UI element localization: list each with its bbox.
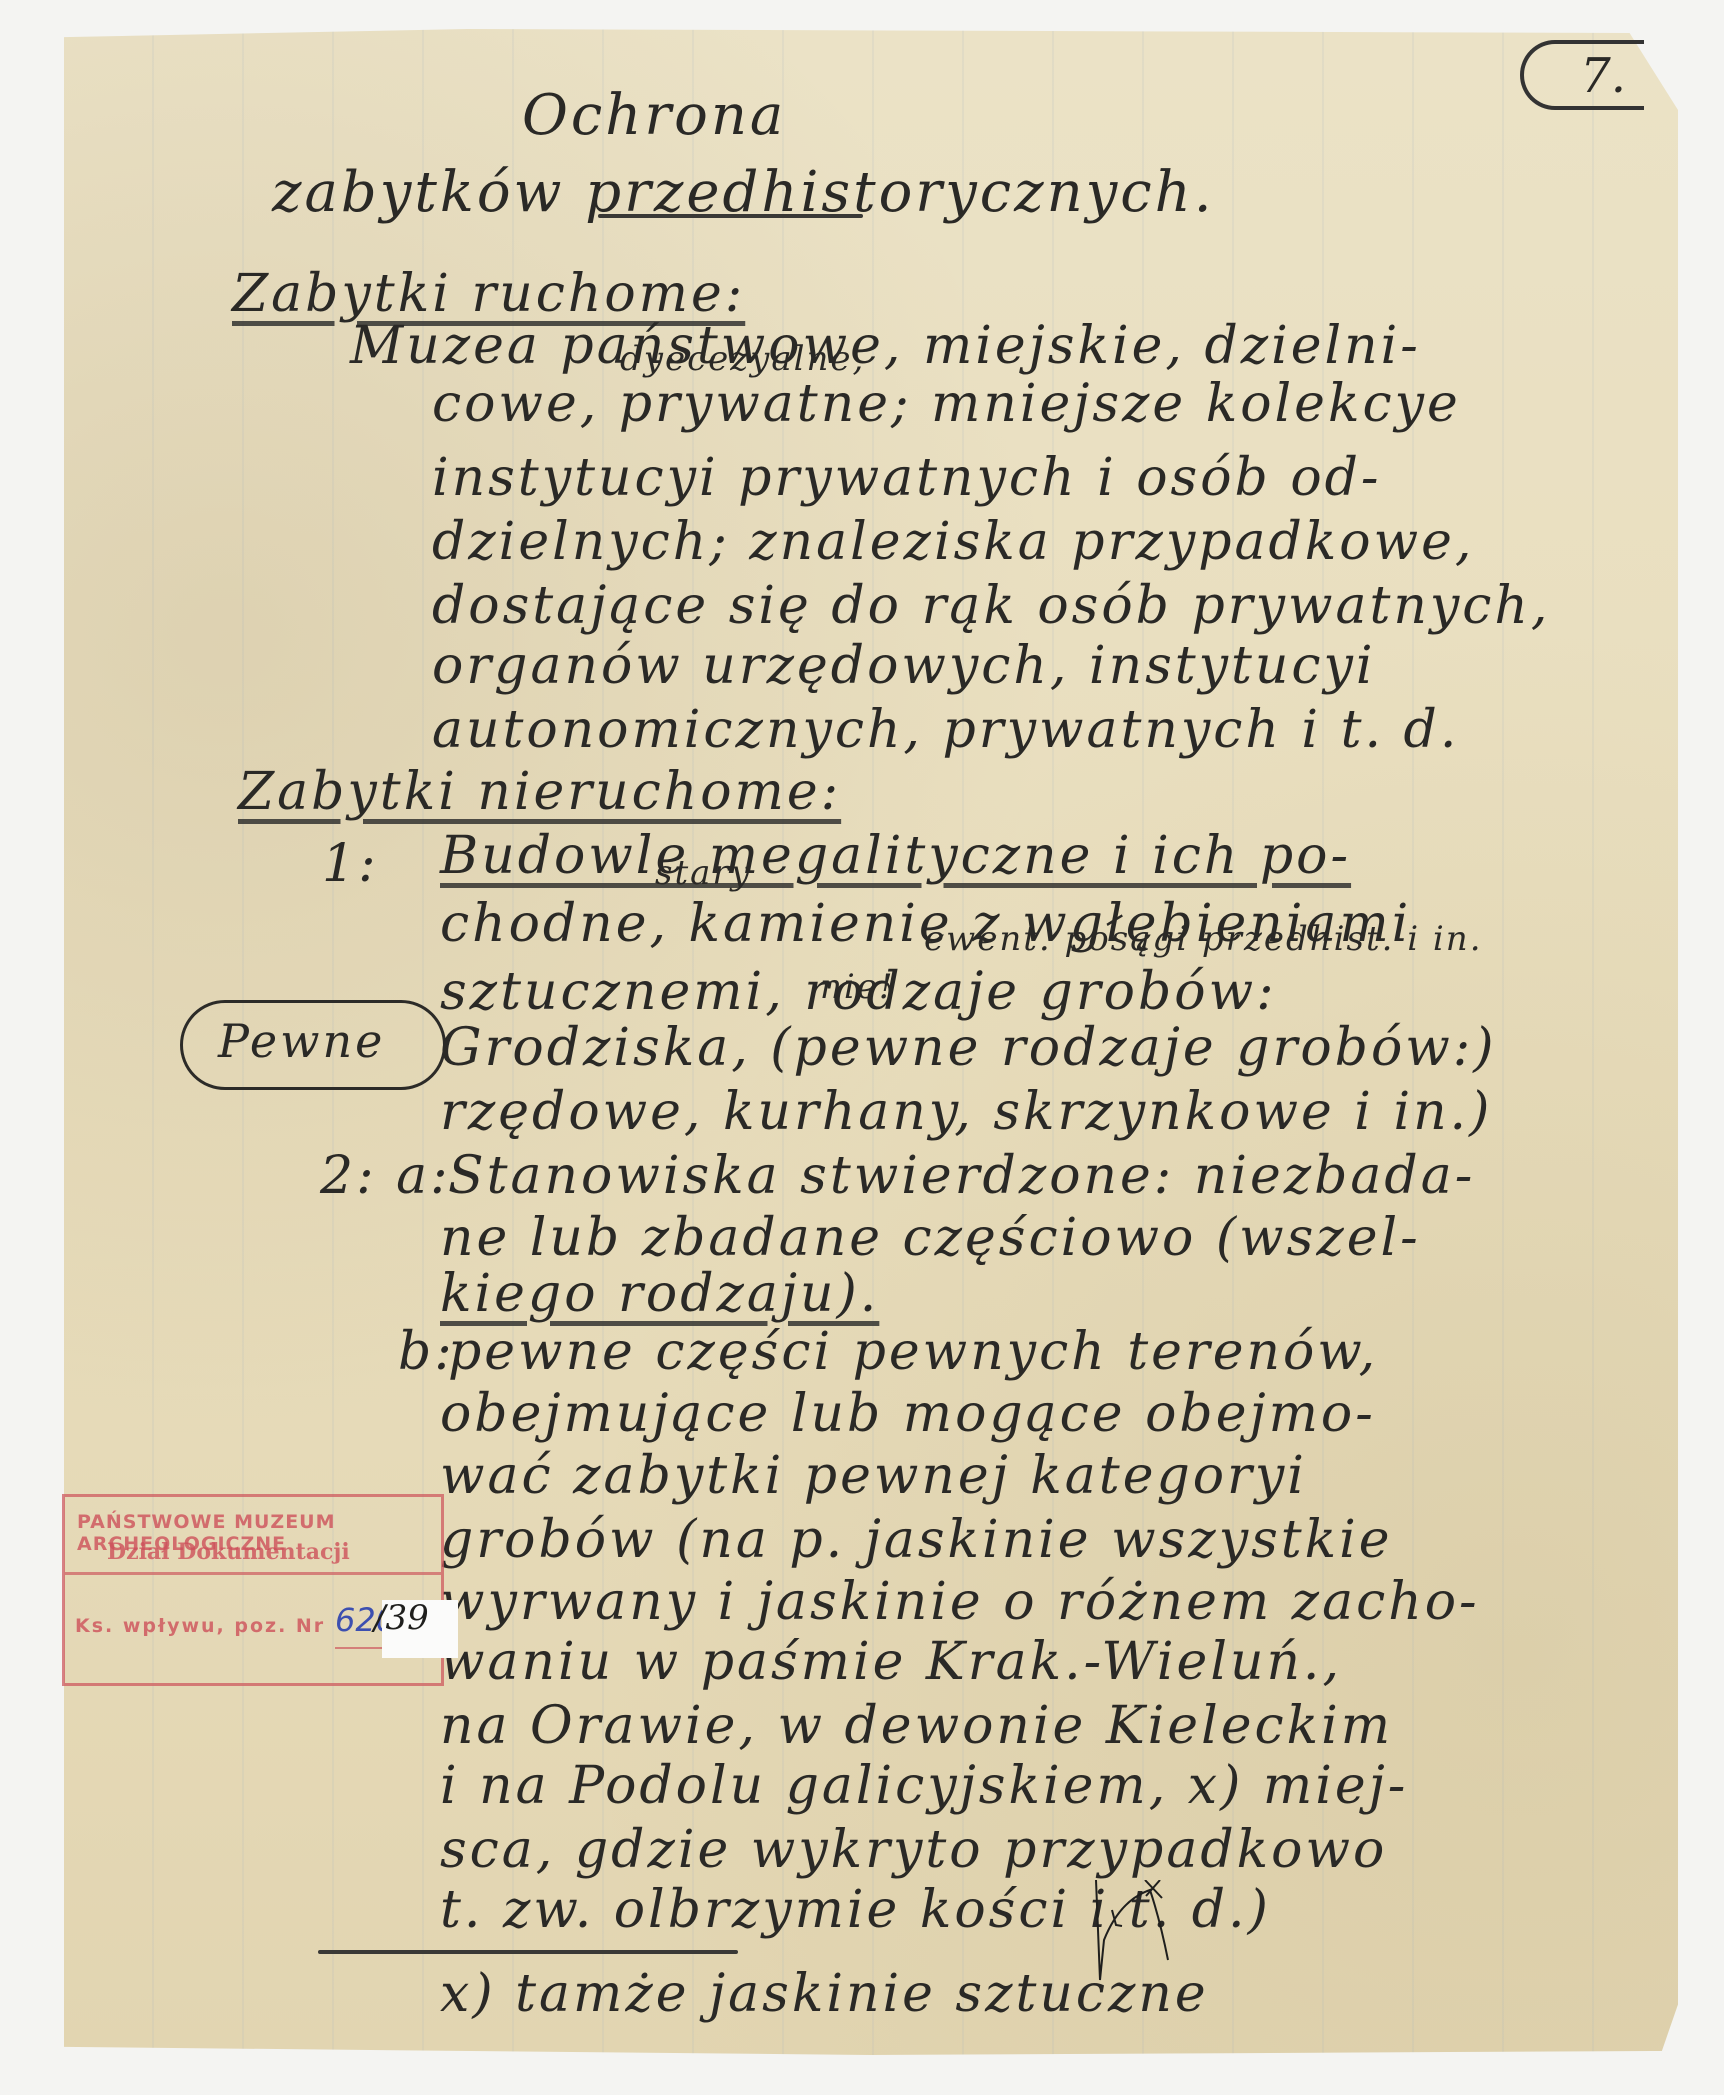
text-line: ne lub zbadane częściowo (wszel- <box>440 1212 1421 1264</box>
text-line: wyrwany i jaskinie o różnem zacho- <box>440 1576 1480 1628</box>
stamp-separator <box>65 1572 441 1575</box>
page-number-circle: 7. <box>1520 40 1644 110</box>
text-line: organów urzędowych, instytucyi <box>432 640 1376 692</box>
text-line: grobów (na p. jaskinie wszystkie <box>440 1514 1393 1566</box>
text-line: kiego rodzaju). <box>440 1268 879 1320</box>
section-heading-immovable: Zabytki nieruchome: <box>238 766 841 818</box>
text-line: i na Podolu galicyjskiem, x) miej- <box>440 1760 1408 1812</box>
insertion-stary: stary <box>655 856 752 890</box>
text-line: pewne części pewnych terenów, <box>448 1326 1378 1378</box>
item-marker: 1: <box>322 838 379 890</box>
text-line: autonomicznych, prywatnych i t. d. <box>432 704 1459 756</box>
text-line: Budowle megalityczne i ich po- <box>440 830 1351 882</box>
signature-mark <box>1090 1880 1240 2025</box>
text-line: sca, gdzie wykryto przypadkowo <box>440 1824 1387 1876</box>
stamp-department: Dział Dokumentacji <box>107 1539 350 1565</box>
text-line: Grodziska, (pewne rodzaje grobów:) <box>440 1022 1497 1074</box>
footnote-divider <box>318 1950 738 1954</box>
margin-note-pewne: Pewne <box>218 1018 385 1064</box>
stamp-register-label: Ks. wpływu, poz. Nr <box>75 1615 325 1637</box>
insertion-ewent: ewent. posągi przedhist. i in. <box>924 922 1483 956</box>
page-number: 7. <box>1580 48 1626 104</box>
title-line-1: Ochrona <box>522 88 786 144</box>
text-line: rzędowe, kurhany, skrzynkowe i in.) <box>440 1086 1492 1138</box>
item-marker: 2: a: <box>320 1150 451 1202</box>
text-line: Muzea państwowe, miejskie, dzielni- <box>350 320 1421 372</box>
item-marker: b: <box>398 1326 455 1378</box>
text-line: Stanowiska stwierdzone: niezbada- <box>448 1150 1475 1202</box>
title-divider <box>598 214 863 218</box>
text-line: na Orawie, w dewonie Kieleckim <box>440 1700 1393 1752</box>
stamp-register-suffix: /39 <box>374 1598 429 1638</box>
text-line: cowe, prywatne; mniejsze kolekcye <box>432 378 1461 430</box>
text-line: instytucyi prywatnych i osób od- <box>432 452 1382 504</box>
text-line: dostające się do rąk osób prywatnych, <box>432 580 1550 632</box>
insertion-nie: nie! <box>820 970 895 1004</box>
section-heading-movable: Zabytki ruchome: <box>232 268 745 320</box>
title-line-2: zabytków przedhistorycznych. <box>272 165 1215 221</box>
text-line: obejmujące lub mogące obejmo- <box>440 1388 1376 1440</box>
text-line: wać zabytki pewnej kategoryi <box>440 1450 1307 1502</box>
text-line: dzielnych; znaleziska przypadkowe, <box>432 516 1474 568</box>
text-line: waniu w paśmie Krak.-Wieluń., <box>440 1636 1342 1688</box>
